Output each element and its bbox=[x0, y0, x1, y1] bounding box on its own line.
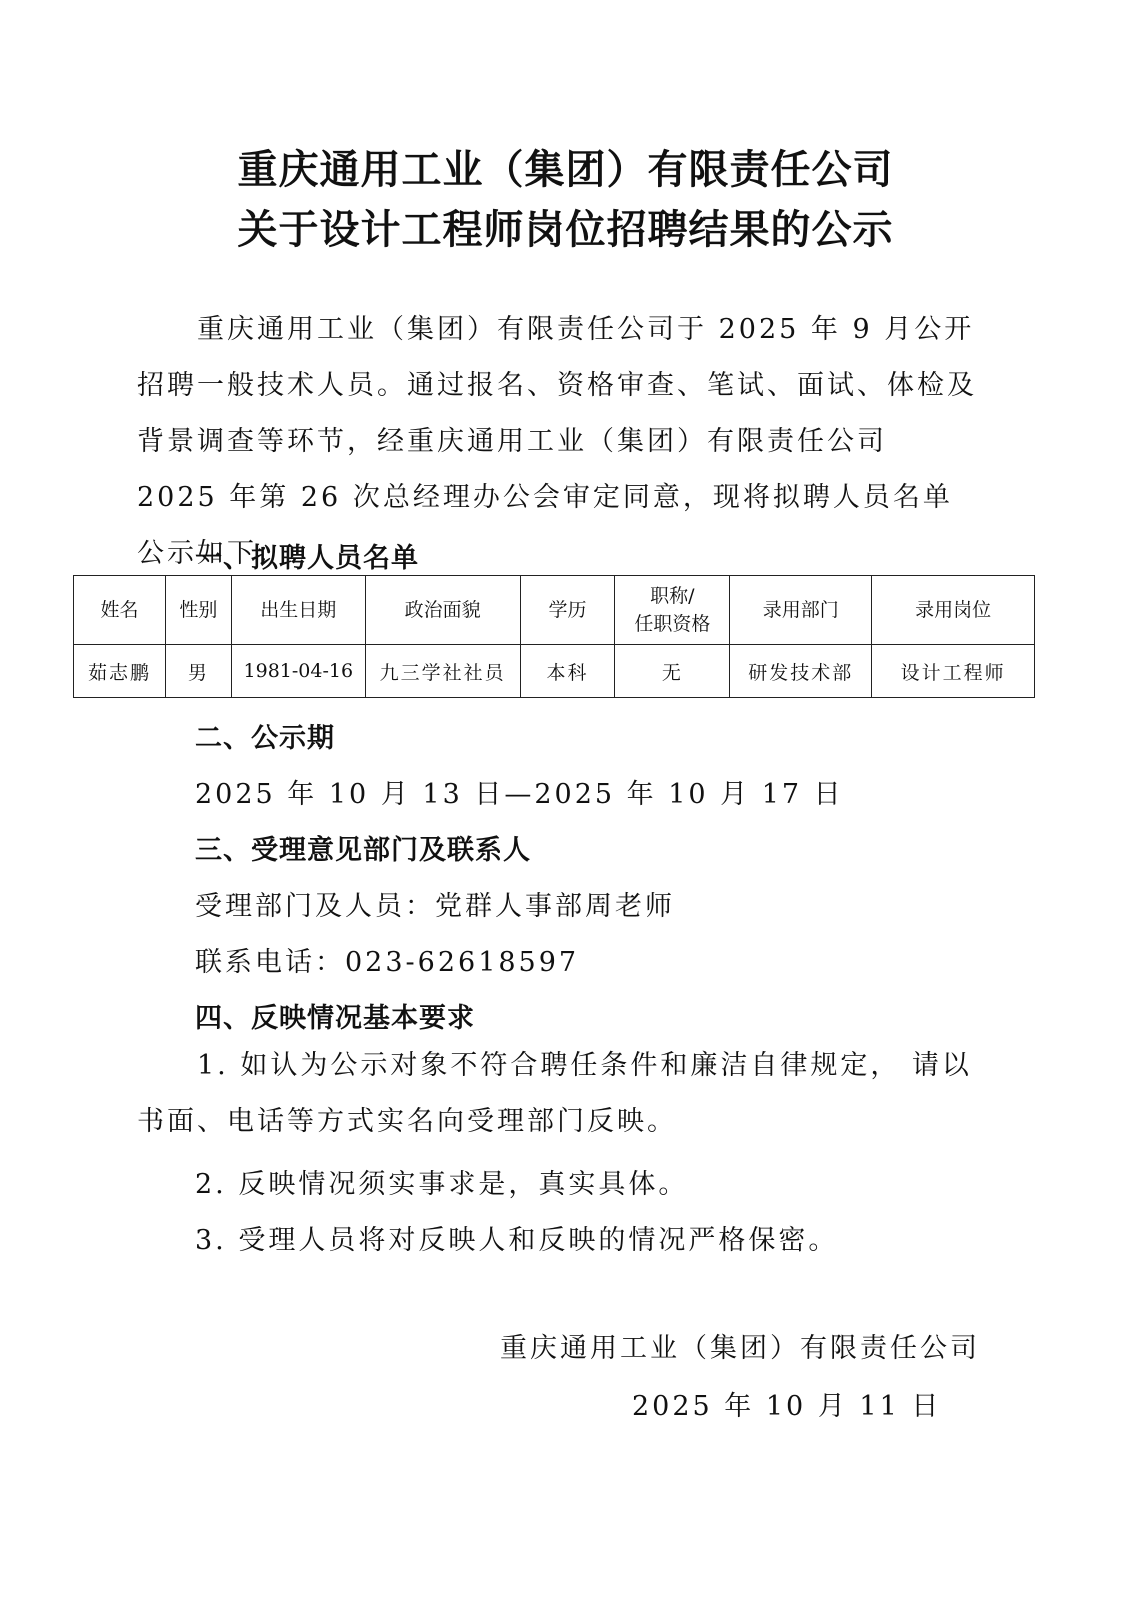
section-heading-2: 二、公示期 bbox=[195, 716, 335, 755]
candidate-table: 姓名 性别 出生日期 政治面貌 学历 职称/任职资格 录用部门 录用岗位 茹志鹏… bbox=[73, 575, 1035, 698]
header-department: 录用部门 bbox=[730, 576, 872, 645]
intro-text: 重庆通用工业（集团）有限责任公司于 2025 年 9 月公开招聘一般技术人员。通… bbox=[137, 314, 977, 569]
document-title-line2: 关于设计工程师岗位招聘结果的公示 bbox=[0, 198, 1131, 255]
header-position: 录用岗位 bbox=[872, 576, 1035, 645]
header-birthdate: 出生日期 bbox=[231, 576, 365, 645]
cell-education: 本科 bbox=[520, 645, 615, 698]
header-name: 姓名 bbox=[74, 576, 166, 645]
document-title-line1: 重庆通用工业（集团）有限责任公司 bbox=[0, 138, 1131, 195]
cell-birthdate: 1981-04-16 bbox=[231, 645, 365, 698]
contact-phone: 联系电话：023-62618597 bbox=[195, 940, 579, 979]
cell-title: 无 bbox=[615, 645, 730, 698]
cell-position: 设计工程师 bbox=[872, 645, 1035, 698]
header-gender: 性别 bbox=[165, 576, 231, 645]
table-header-row: 姓名 性别 出生日期 政治面貌 学历 职称/任职资格 录用部门 录用岗位 bbox=[74, 576, 1035, 645]
requirement-3: 3. 受理人员将对反映人和反映的情况严格保密。 bbox=[195, 1218, 838, 1257]
cell-gender: 男 bbox=[165, 645, 231, 698]
publicity-period: 2025 年 10 月 13 日—2025 年 10 月 17 日 bbox=[195, 772, 844, 811]
cell-name: 茹志鹏 bbox=[74, 645, 166, 698]
header-title: 职称/任职资格 bbox=[615, 576, 730, 645]
section-heading-3: 三、受理意见部门及联系人 bbox=[195, 828, 531, 867]
cell-political-status: 九三学社社员 bbox=[365, 645, 520, 698]
signature-date: 2025 年 10 月 11 日 bbox=[632, 1384, 941, 1423]
header-title-line2: 任职资格 bbox=[615, 610, 729, 638]
section-heading-4: 四、反映情况基本要求 bbox=[195, 996, 475, 1035]
cell-department: 研发技术部 bbox=[730, 645, 872, 698]
header-political-status: 政治面貌 bbox=[365, 576, 520, 645]
header-education: 学历 bbox=[520, 576, 615, 645]
signature-org: 重庆通用工业（集团）有限责任公司 bbox=[500, 1326, 980, 1365]
requirement-1: 1. 如认为公示对象不符合聘任条件和廉洁自律规定， 请以书面、电话等方式实名向受… bbox=[137, 1038, 977, 1150]
section-heading-1: 一、拟聘人员名单 bbox=[195, 536, 419, 575]
table-row: 茹志鹏 男 1981-04-16 九三学社社员 本科 无 研发技术部 设计工程师 bbox=[74, 645, 1035, 698]
requirement-2: 2. 反映情况须实事求是，真实具体。 bbox=[195, 1162, 688, 1201]
requirement-1-text: 1. 如认为公示对象不符合聘任条件和廉洁自律规定， 请以书面、电话等方式实名向受… bbox=[137, 1050, 972, 1137]
contact-person: 受理部门及人员：党群人事部周老师 bbox=[195, 884, 675, 923]
header-title-line1: 职称/ bbox=[615, 582, 729, 610]
